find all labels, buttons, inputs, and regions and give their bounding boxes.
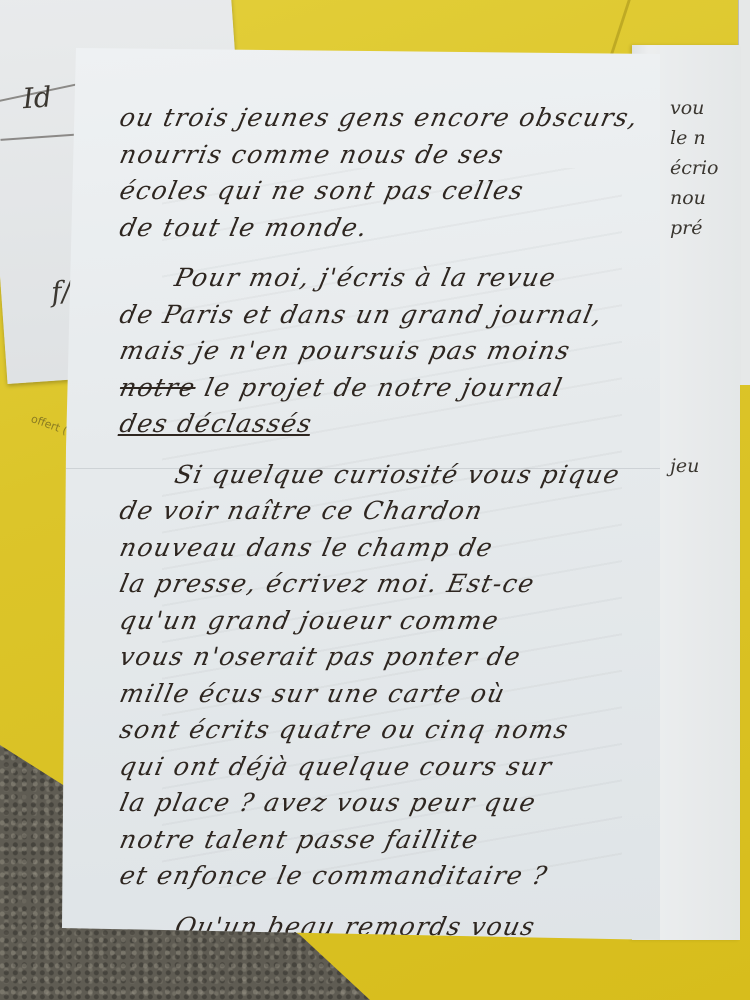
letter-line: nouveau dans le champ de (116, 530, 644, 567)
letter-line: mais je n'en poursuis pas moins (116, 333, 644, 370)
right-line: nou (670, 187, 706, 209)
sheet-fragment: Id (22, 80, 53, 115)
letter-line: de tout le monde. (116, 210, 644, 247)
letter-line: de Paris et dans un grand journal, (116, 297, 644, 334)
struck-word: notre (117, 373, 199, 402)
letter-line: qui ont déjà quelque cours sur (116, 749, 644, 786)
letter-line: sont écrits quatre ou cinq noms (116, 712, 644, 749)
letter-line: Pour moi, j'écris à la revue (116, 260, 644, 297)
letter-line: ou trois jeunes gens encore obscurs, (116, 100, 644, 137)
letter-line: la presse, écrivez moi. Est-ce (116, 566, 644, 603)
letter-line: de voir naître ce Chardon (116, 493, 644, 530)
letter-line: mille écus sur une carte où (116, 676, 644, 713)
letter-line: Si quelque curiosité vous pique (116, 457, 644, 494)
right-line: écrio (670, 157, 718, 179)
letter-line: la place ? avez vous peur que (116, 785, 644, 822)
right-line: le n (670, 127, 706, 149)
letter-text: ou trois jeunes gens encore obscurs, nou… (120, 100, 640, 982)
letter-line: et enfonce le commanditaire ? (116, 858, 644, 895)
letter-line: écoles qui ne sont pas celles (116, 173, 644, 210)
letter-line-underlined: des déclassés (116, 406, 644, 443)
right-line: jeu (670, 455, 699, 477)
letter-line-rest: le projet de notre journal (202, 373, 566, 402)
right-line: pré (670, 217, 703, 239)
right-line: vou (670, 97, 704, 119)
letter-line: nourris comme nous de ses (116, 137, 644, 174)
letter-line-struck: notre le projet de notre journal (116, 370, 644, 407)
letter-line: notre talent passe faillite (116, 822, 644, 859)
letter-line: qu'un grand joueur comme (116, 603, 644, 640)
letter-line: vous n'oserait pas ponter de (116, 639, 644, 676)
main-letter-page: ou trois jeunes gens encore obscurs, nou… (62, 48, 660, 940)
